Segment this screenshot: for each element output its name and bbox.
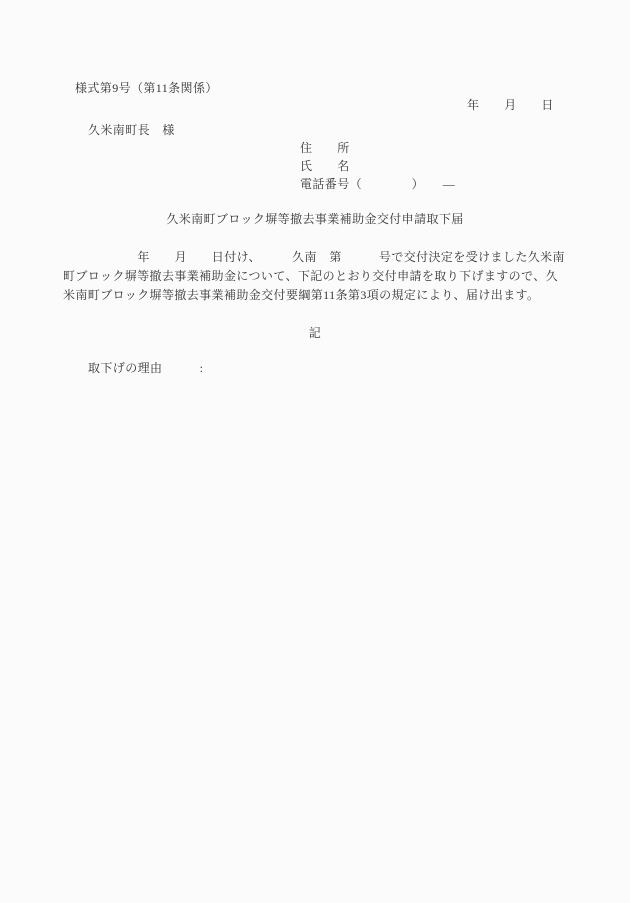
body-line-2: 町ブロック塀等撤去事業補助金について、下記のとおり交付申請を取り下げますので、久 xyxy=(63,269,558,284)
date-blank-line: 年 月 日 xyxy=(467,98,554,113)
body-line-3: 米南町ブロック塀等撤去事業補助金交付要綱第11条第3項の規定により、届け出ます。 xyxy=(63,288,539,303)
name-label: 氏 名 xyxy=(300,159,350,174)
phone-label: 電話番号（ ） ― xyxy=(300,177,455,192)
form-number: 様式第9号（第11条関係） xyxy=(75,81,218,96)
body-line-1: 年 月 日付け、 久南 第 号で交付決定を受けました久米南 xyxy=(63,250,565,265)
addressee: 久米南町長 様 xyxy=(88,123,175,138)
document-page: 様式第9号（第11条関係） 年 月 日 久米南町長 様 住 所 氏 名 電話番号… xyxy=(0,0,630,903)
document-title: 久米南町ブロック塀等撤去事業補助金交付申請取下届 xyxy=(0,212,630,227)
withdrawal-reason-label: 取下げの理由 : xyxy=(88,361,203,376)
address-label: 住 所 xyxy=(300,141,350,156)
note-marker: 記 xyxy=(0,326,630,341)
